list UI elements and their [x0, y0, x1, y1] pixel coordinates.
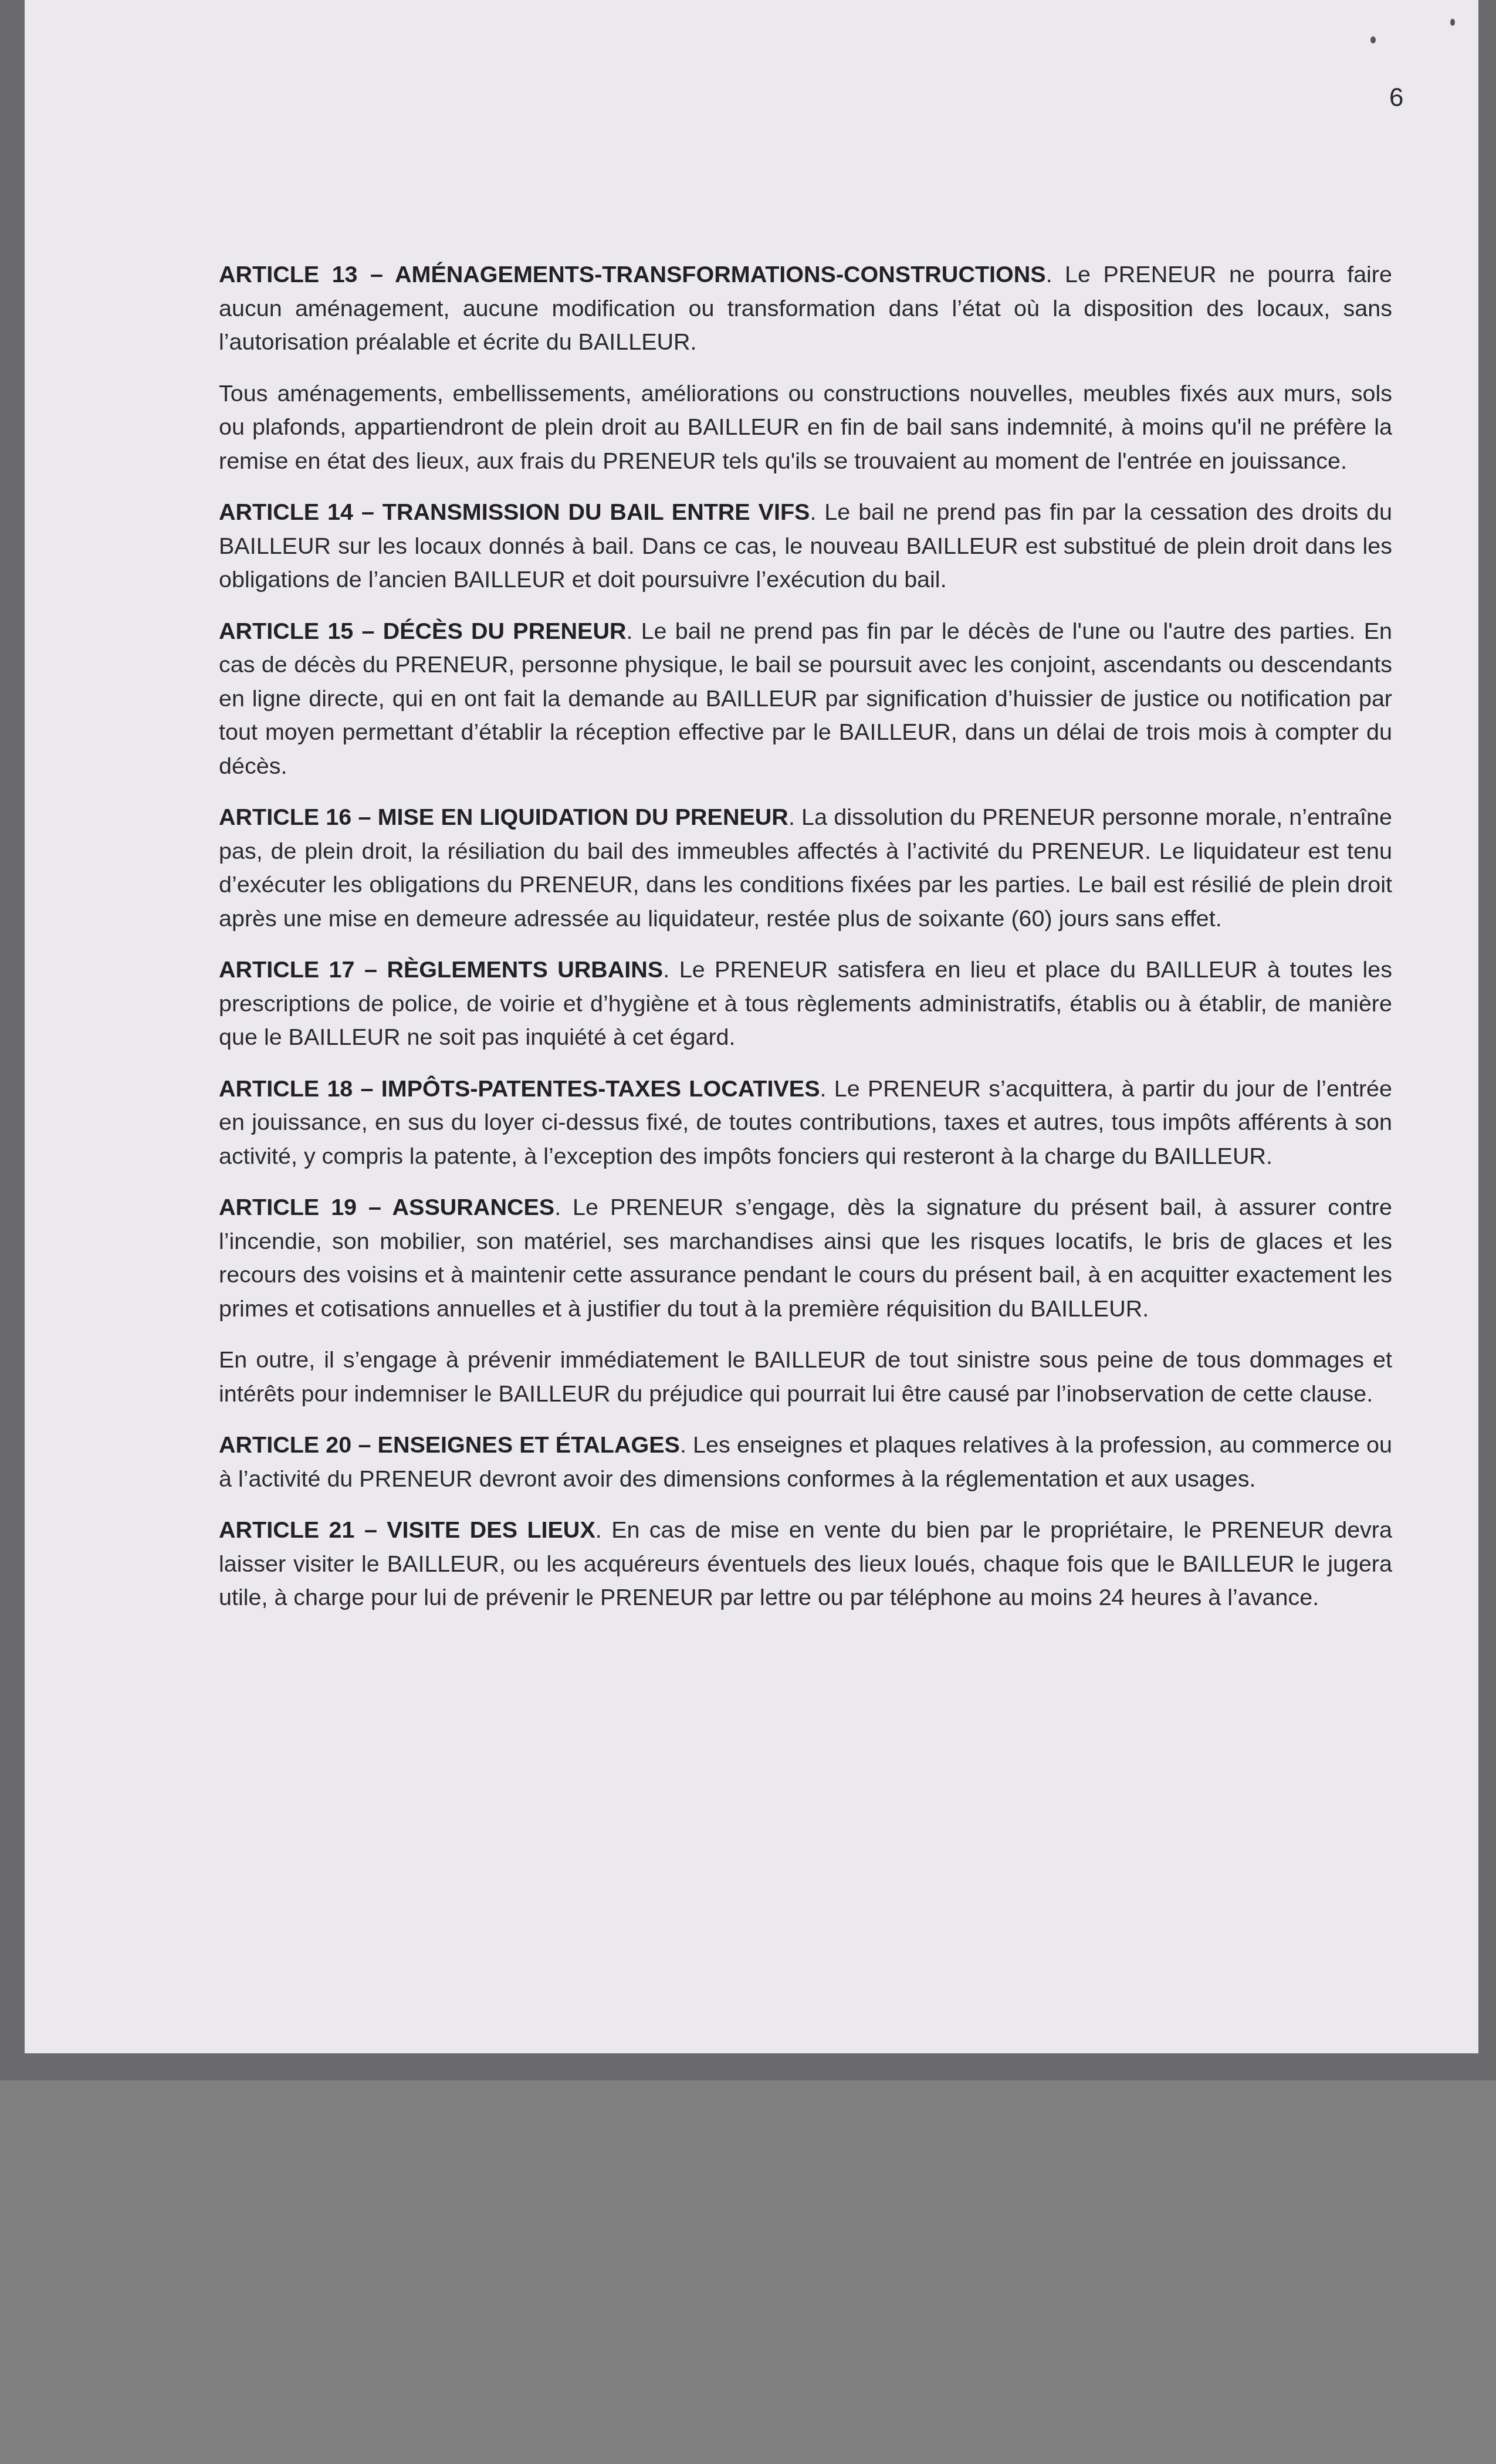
- document-page: 6 ARTICLE 13 – AMÉNAGEMENTS-TRANSFORMATI…: [25, 0, 1478, 2053]
- article-heading: ARTICLE 15 – DÉCÈS DU PRENEUR: [219, 618, 626, 644]
- article-heading: ARTICLE 17 – RÈGLEMENTS URBAINS: [219, 957, 663, 983]
- article-heading: ARTICLE 13 – AMÉNAGEMENTS-TRANSFORMATION…: [219, 262, 1046, 287]
- article-18: ARTICLE 18 – IMPÔTS-PATENTES-TAXES LOCAT…: [219, 1072, 1392, 1174]
- staple-hole-mark: [1370, 36, 1376, 43]
- page-number: 6: [1389, 83, 1403, 113]
- article-13: ARTICLE 13 – AMÉNAGEMENTS-TRANSFORMATION…: [219, 258, 1392, 360]
- article-13-continued: Tous aménagements, embellissements, amél…: [219, 377, 1392, 479]
- article-14: ARTICLE 14 – TRANSMISSION DU BAIL ENTRE …: [219, 496, 1392, 597]
- staple-hole-mark: [1450, 19, 1455, 26]
- article-heading: ARTICLE 20 – ENSEIGNES ET ÉTALAGES: [219, 1432, 680, 1458]
- article-heading: ARTICLE 19 – ASSURANCES: [219, 1194, 554, 1220]
- article-15: ARTICLE 15 – DÉCÈS DU PRENEUR. Le bail n…: [219, 615, 1392, 784]
- article-16: ARTICLE 16 – MISE EN LIQUIDATION DU PREN…: [219, 801, 1392, 936]
- article-heading: ARTICLE 16 – MISE EN LIQUIDATION DU PREN…: [219, 804, 788, 830]
- article-20: ARTICLE 20 – ENSEIGNES ET ÉTALAGES. Les …: [219, 1429, 1392, 1496]
- article-text: En outre, il s’engage à prévenir immédia…: [219, 1347, 1392, 1407]
- article-17: ARTICLE 17 – RÈGLEMENTS URBAINS. Le PREN…: [219, 953, 1392, 1055]
- article-heading: ARTICLE 18 – IMPÔTS-PATENTES-TAXES LOCAT…: [219, 1076, 820, 1102]
- article-19: ARTICLE 19 – ASSURANCES. Le PRENEUR s’en…: [219, 1191, 1392, 1326]
- article-21: ARTICLE 21 – VISITE DES LIEUX. En cas de…: [219, 1514, 1392, 1615]
- article-19-continued: En outre, il s’engage à prévenir immédia…: [219, 1343, 1392, 1411]
- article-heading: ARTICLE 21 – VISITE DES LIEUX: [219, 1517, 595, 1543]
- document-body: ARTICLE 13 – AMÉNAGEMENTS-TRANSFORMATION…: [219, 258, 1392, 1633]
- article-heading: ARTICLE 14 – TRANSMISSION DU BAIL ENTRE …: [219, 499, 810, 525]
- article-text: Tous aménagements, embellissements, amél…: [219, 381, 1392, 474]
